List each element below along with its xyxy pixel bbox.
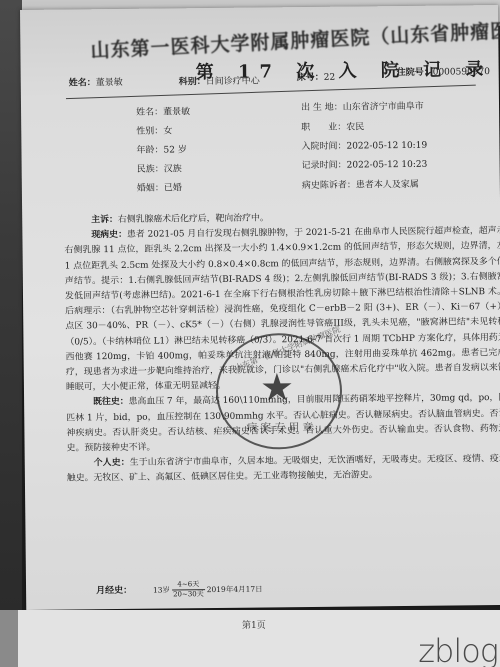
header-inpatient-no: 住院号：0000590970 — [397, 64, 490, 78]
info-record-time: 记录时间：2022-05-12 10:23 — [302, 157, 428, 171]
watermark: zblog — [418, 632, 498, 667]
document-page: 山东第一医科大学附属肿瘤医院（山东省肿瘤医院） 第 17 次 入 院 记 录 姓… — [20, 5, 500, 610]
info-admission-time: 入院时间：2022-05-12 10:19 — [301, 138, 427, 152]
info-row: 婚姻：已婚 病史陈诉者：患者本人及家属 — [137, 177, 497, 200]
info-ethnicity: 民族：汉族 — [137, 161, 182, 174]
info-birthplace: 出 生 地：山东省济宁市曲阜市 — [301, 99, 424, 113]
page-number: 第1页 — [242, 618, 266, 631]
header-department: 科别：日间诊疗中心 — [179, 73, 260, 87]
info-age: 年龄：52 岁 — [136, 142, 186, 156]
menstrual-history: 月经史： 13岁4~6天20~30天2019年4月17日 — [96, 579, 263, 600]
personal-history: 个人史：生于山东省济宁市曲阜市，久居本地。无吸烟史，无饮酒嗜好，无吸毒史。无疫区… — [67, 452, 500, 487]
past-history: 既往史：患高血压 7 年，最高达 160\110mmhg，目前服用降压药硝苯地平… — [66, 391, 500, 457]
info-marital: 婚姻：已婚 — [137, 180, 182, 193]
menstrual-fraction: 4~6天20~30天 — [172, 580, 205, 599]
header-name: 姓名：董景敏 — [69, 75, 123, 89]
background-edge — [0, 0, 22, 610]
record-body: 主诉：右侧乳腺癌术后化疗后，靶向治疗中。 现病史：患者 2021-05 月自行发… — [64, 209, 500, 487]
patient-info: 姓名：董景敏 出 生 地：山东省济宁市曲阜市 性别：女 职 业：农民 年龄：52… — [136, 101, 497, 200]
info-informant: 病史陈诉者：患者本人及家属 — [302, 177, 419, 191]
info-occupation: 职 业：农民 — [301, 119, 364, 133]
present-illness: 现病史：患者 2021-05 月自行发现右侧乳腺肿物，于 2021-5-21 在… — [64, 224, 500, 396]
header-bed: 床号：22 — [297, 70, 336, 83]
info-name: 姓名：董景敏 — [136, 104, 190, 118]
background-edge — [0, 610, 18, 667]
info-gender: 性别：女 — [136, 123, 172, 136]
